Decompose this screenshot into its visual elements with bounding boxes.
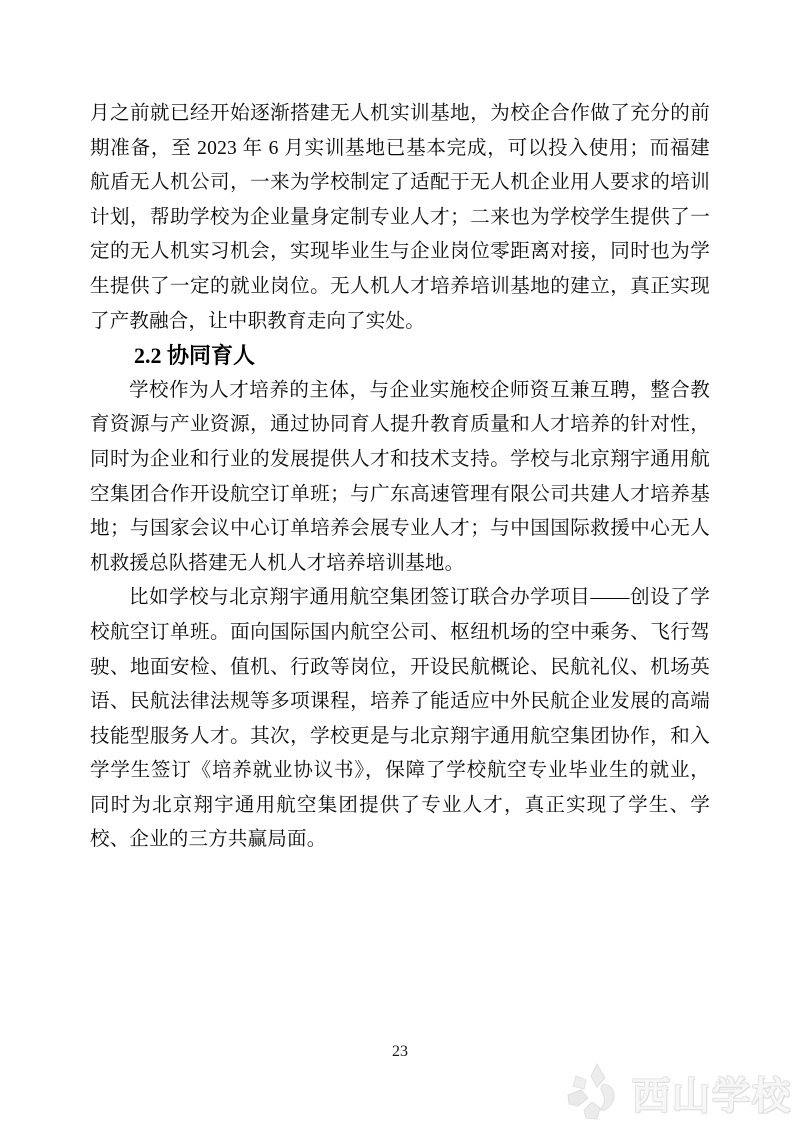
section-heading: 2.2 协同育人 xyxy=(90,339,710,374)
paragraph-aviation-order-class: 比如学校与北京翔宇通用航空集团签订联合办学项目——创设了学校航空订单班。面向国际… xyxy=(90,581,710,858)
page-content: 月之前就已经开始逐渐搭建无人机实训基地，为校企合作做了充分的前期准备，至 202… xyxy=(90,97,710,858)
pinwheel-star-icon xyxy=(564,1062,626,1122)
paragraph-continuation: 月之前就已经开始逐渐搭建无人机实训基地，为校企合作做了充分的前期准备，至 202… xyxy=(90,97,710,339)
school-name-watermark: 西山学校 xyxy=(632,1065,792,1120)
page-number: 23 xyxy=(0,1043,800,1061)
school-logo-watermark: 西山学校 xyxy=(564,1062,792,1122)
document-page: 月之前就已经开始逐渐搭建无人机实训基地，为校企合作做了充分的前期准备，至 202… xyxy=(0,0,800,1131)
paragraph-collaborative-education: 学校作为人才培养的主体，与企业实施校企师资互兼互聘，整合教育资源与产业资源，通过… xyxy=(90,374,710,582)
